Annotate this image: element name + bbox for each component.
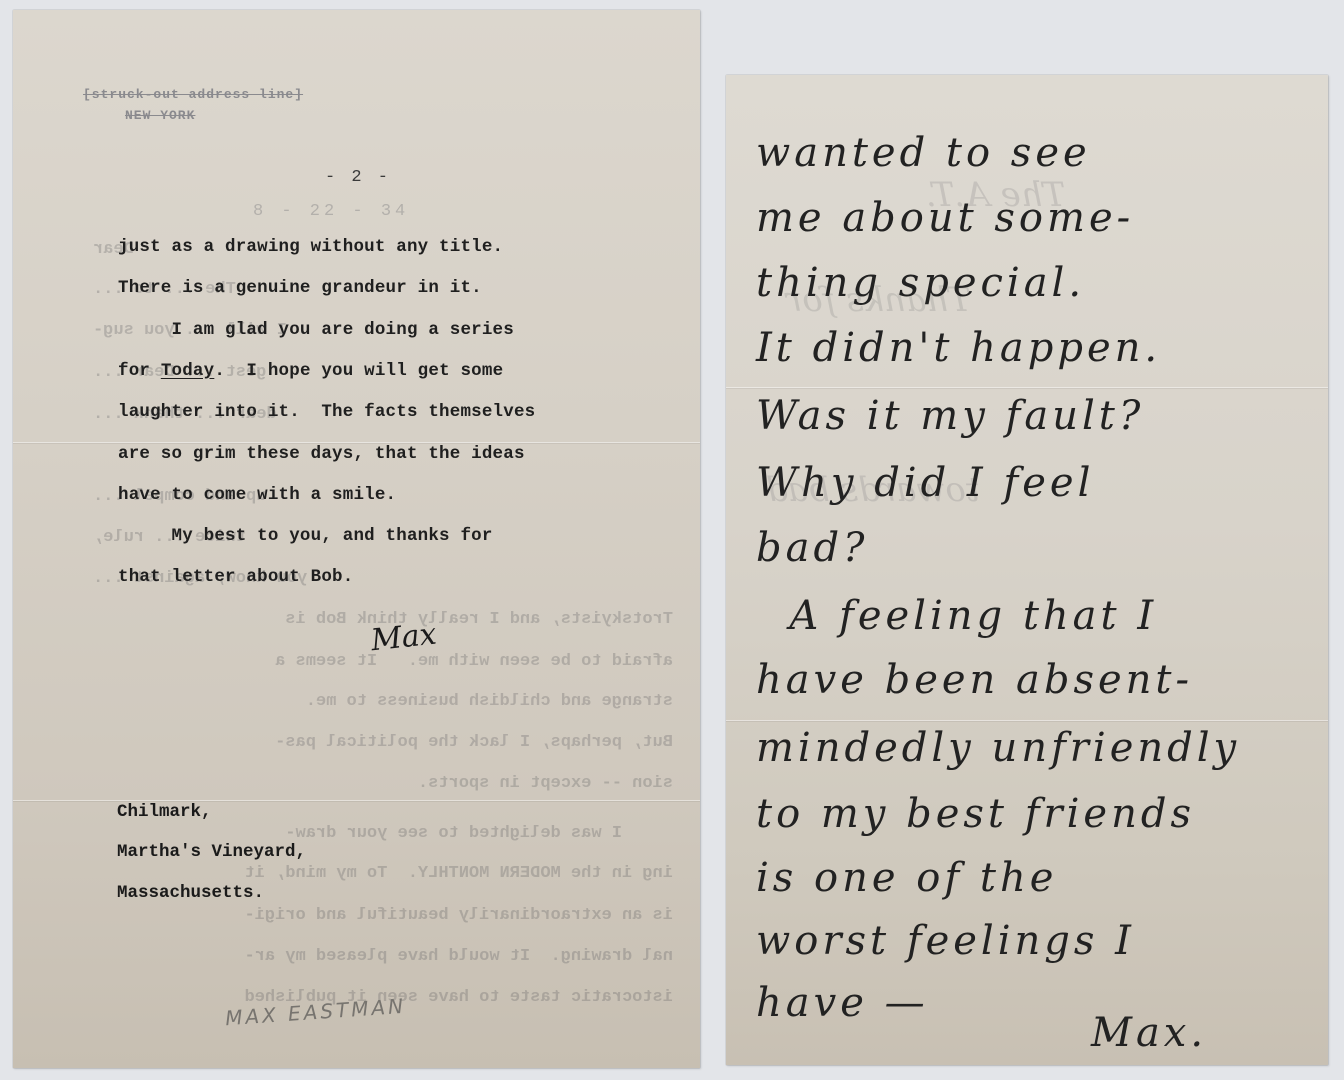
body-line: laughter into it. The facts themselves [118,402,535,422]
body-line: My best to you, and thanks for [118,526,493,546]
letterhead-text: [struck-out address line] [83,87,303,102]
letterhead-text: NEW YORK [125,108,195,123]
handwritten-signature: Max. [1091,1010,1207,1056]
body-line: I am glad you are doing a series [118,320,514,340]
ghost-line: strange and childish business to me. [113,692,673,711]
handwritten-line: have been absent- [756,657,1193,703]
body-line: are so grim these days, that the ideas [118,444,525,464]
handwritten-line: It didn't happen. [756,325,1161,371]
ghost-line: nal drawing. It would have pleased my ar… [103,947,673,966]
ghost-line: ing in the MODERN MONTHLY. To my mind, i… [103,864,673,883]
publication-title-today: Today [161,361,215,381]
handwritten-line: A feeling that I [756,593,1157,639]
address-line: Chilmark, [117,802,212,822]
handwritten-line: me about some- [756,195,1134,241]
body-text: for [118,361,161,381]
body-line: that letter about Bob. [118,567,353,587]
handwritten-line: thing special. [756,260,1085,306]
handwritten-line: bad? [756,525,869,571]
handwritten-note-page: The A.T. Thanks for towards bad wanted t… [726,75,1328,1065]
handwritten-line: worst feelings I [756,918,1135,964]
ink-signature-max: Max [369,617,438,659]
paper-fold-line [13,442,700,443]
letterhead-city: NEW YORK [125,108,195,123]
paper-fold-line [726,387,1328,388]
address-line: Massachusetts. [117,883,264,903]
handwritten-line: Why did I feel [756,460,1094,506]
date-bleed-through: 8 - 22 - 34 [253,202,409,221]
handwritten-line: to my best friends [756,791,1195,837]
handwritten-line: wanted to see [756,130,1091,176]
ghost-line: I was delighted to see your draw- [103,824,673,843]
ghost-line: But, perhaps, I lack the political pas- [113,733,673,752]
body-text: . I hope you will get some [214,361,503,381]
handwritten-line: mindedly unfriendly [756,725,1240,771]
body-line: have to come with a smile. [118,485,396,505]
paper-fold-line [13,800,700,801]
letterhead-line-struck: [struck-out address line] [83,87,303,102]
page-number: - 2 - [325,168,391,187]
ghost-line: sion -- except in sports. [113,774,673,793]
ghost-line: is an extraordinarily beautiful and orig… [103,906,673,925]
handwritten-line: Was it my fault? [756,393,1144,439]
body-line: There is a genuine grandeur in it. [118,278,482,298]
paper-fold-line [726,720,1328,721]
body-line-today: for Today. I hope you will get some [118,361,503,381]
typed-letter-page: [struck-out address line] NEW YORK - 2 -… [13,10,700,1068]
address-line: Martha's Vineyard, [117,842,306,862]
handwritten-line: have — [756,980,929,1026]
handwritten-line: is one of the [756,855,1057,901]
body-line: just as a drawing without any title. [118,237,503,257]
